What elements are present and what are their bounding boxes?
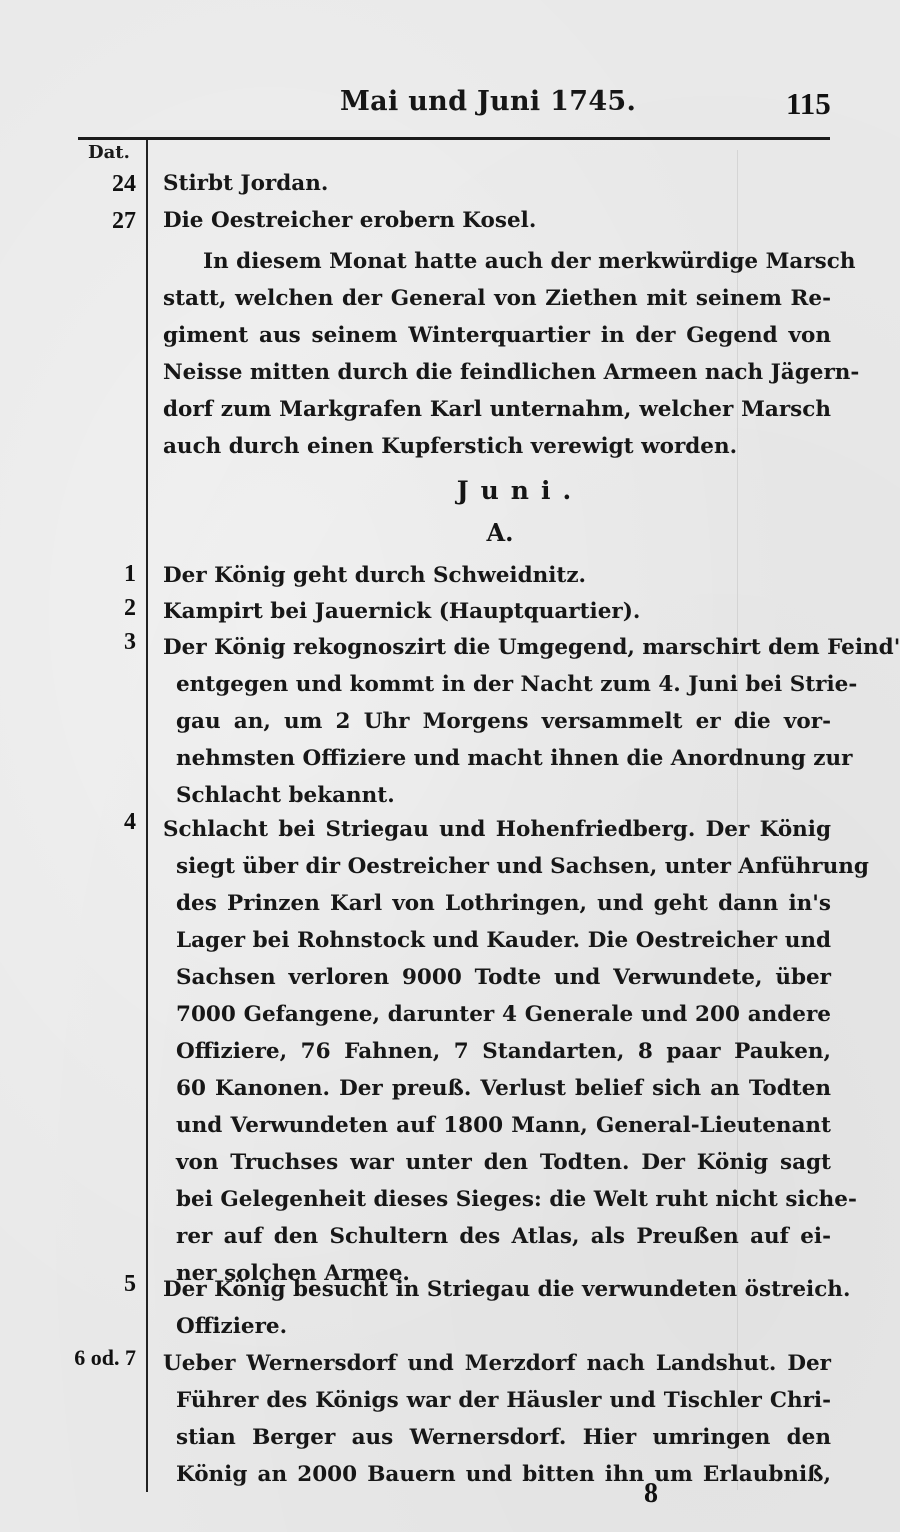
entry-date: 1 xyxy=(84,556,136,592)
entry-line: König an 2000 Bauern und bitten ihn um E… xyxy=(176,1457,831,1493)
entry-line: des Prinzen Karl von Lothringen, und geh… xyxy=(176,886,831,922)
entry-line: rer auf den Schultern des Atlas, als Pre… xyxy=(176,1219,831,1255)
entry-date: 27 xyxy=(84,203,136,239)
entry-line: nehmsten Offiziere und macht ihnen die A… xyxy=(176,741,831,777)
entry-line: Der König geht durch Schweidnitz. xyxy=(163,558,831,594)
entry-line: Ueber Wernersdorf und Merzdorf nach Land… xyxy=(163,1346,831,1382)
paragraph-line: statt, welchen der General von Ziethen m… xyxy=(163,281,831,317)
date-column-rule xyxy=(146,140,148,1492)
entry-line: Die Oestreicher erobern Kosel. xyxy=(163,203,831,239)
running-title: Mai und Juni 1745. xyxy=(340,86,636,117)
paragraph-line: dorf zum Markgrafen Karl unternahm, welc… xyxy=(163,392,831,428)
entry-line: Sachsen verloren 9000 Todte und Verwunde… xyxy=(176,960,831,996)
entry-line: entgegen und kommt in der Nacht zum 4. J… xyxy=(176,667,831,703)
paragraph-line: giment aus seinem Winterquartier in der … xyxy=(163,318,831,354)
paragraph-line: Neisse mitten durch die feindlichen Arme… xyxy=(163,355,831,391)
entry-date: 4 xyxy=(84,804,136,840)
entry-date: 2 xyxy=(84,590,136,626)
entry-line: Schlacht bei Striegau und Hohenfriedberg… xyxy=(163,812,831,848)
signature-mark: 8 xyxy=(644,1478,658,1510)
paragraph-line: auch durch einen Kupferstich verewigt wo… xyxy=(163,429,831,465)
entry-line: Lager bei Rohnstock und Kauder. Die Oest… xyxy=(176,923,831,959)
subsection-title: A. xyxy=(0,518,900,547)
entry-line: stian Berger aus Wernersdorf. Hier umrin… xyxy=(176,1420,831,1456)
entry-line: Schlacht bekannt. xyxy=(176,778,831,814)
entry-line: von Truchses war unter den Todten. Der K… xyxy=(176,1145,831,1181)
entry-line: gau an, um 2 Uhr Morgens versammelt er d… xyxy=(176,704,831,740)
page-number: 115 xyxy=(786,86,831,122)
entry-line: 7000 Gefangene, darunter 4 Generale und … xyxy=(176,997,831,1033)
running-header: Mai und Juni 1745. 115 xyxy=(0,86,900,126)
entry-line: Der König besucht in Striegau die verwun… xyxy=(163,1272,831,1308)
entry-date: 24 xyxy=(84,166,136,202)
book-page: Mai und Juni 1745. 115 Dat. 24 Stirbt Jo… xyxy=(0,0,900,1532)
entry-line: Offiziere, 76 Fahnen, 7 Standarten, 8 pa… xyxy=(176,1034,831,1070)
entry-line: bei Gelegenheit dieses Sieges: die Welt … xyxy=(176,1182,831,1218)
entry-line: Kampirt bei Jauernick (Hauptquartier). xyxy=(163,594,831,630)
entry-line: und Verwundeten auf 1800 Mann, General-L… xyxy=(176,1108,831,1144)
paragraph-line: In diesem Monat hatte auch der merkwürdi… xyxy=(203,244,831,280)
entry-line: Stirbt Jordan. xyxy=(163,166,831,202)
entry-line: 60 Kanonen. Der preuß. Verlust belief si… xyxy=(176,1071,831,1107)
entry-date: 5 xyxy=(84,1266,136,1302)
entry-line: Führer des Königs war der Häusler und Ti… xyxy=(176,1383,831,1419)
entry-date: 6 od. 7 xyxy=(62,1340,136,1376)
entry-line: Offiziere. xyxy=(176,1309,831,1345)
entry-date: 3 xyxy=(84,624,136,660)
entry-line: siegt über dir Oestreicher und Sachsen, … xyxy=(176,849,831,885)
date-column-label: Dat. xyxy=(88,142,130,163)
header-rule xyxy=(78,137,830,140)
entry-line: Der König rekognoszirt die Umgegend, mar… xyxy=(163,630,831,666)
section-title: Juni. xyxy=(0,476,900,505)
